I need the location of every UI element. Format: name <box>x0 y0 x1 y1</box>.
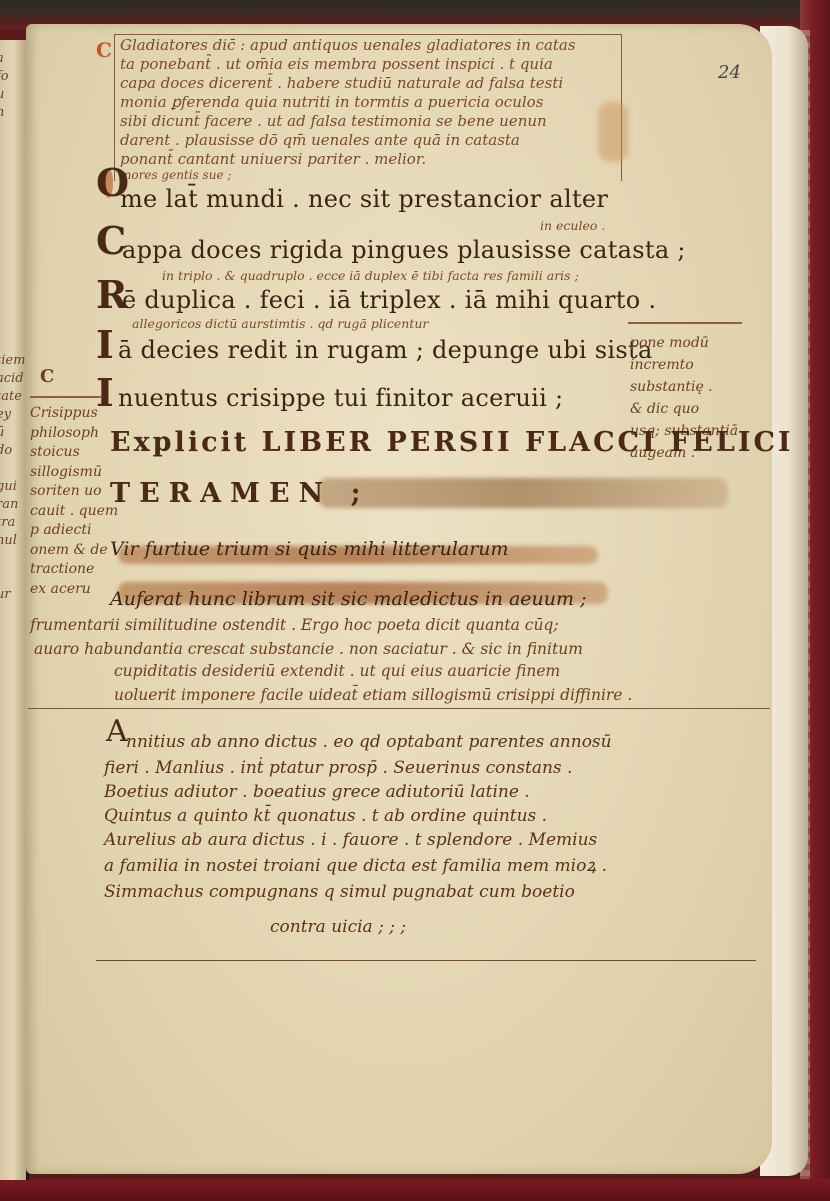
commentary-line: frumentarii similitudine ostendit . Ergo… <box>30 616 559 634</box>
interlinear-gloss: in eculeo . <box>540 218 605 233</box>
margin-rule <box>628 322 742 324</box>
curse-line: Auferat hunc librum sit sic maledictus i… <box>110 588 586 610</box>
margin-line: ex aceru <box>30 580 118 600</box>
margin-line: tractione <box>30 560 118 580</box>
prev-page-fragment: a <box>0 50 26 68</box>
margin-line: & dic quo <box>630 398 738 420</box>
prose-line: Simmachus compugnans q simul pugnabat cu… <box>104 880 575 904</box>
margin-line: soriten uo <box>30 482 118 502</box>
prose-closing: contra uicia ; ; ; <box>270 917 406 937</box>
verse-line: ā decies redit in rugam ; depunge ubi si… <box>118 336 653 364</box>
prose-line: fieri . Manlius . inṫ ptatur prosp̄ . Se… <box>104 756 572 780</box>
verse-line: nuentus crisippe tui finitor aceruii ; <box>118 384 563 412</box>
prev-page-fragment: tate <box>0 388 26 406</box>
commentary-line: cupiditatis desideriū extendit . ut qui … <box>114 662 560 680</box>
margin-rule <box>30 396 102 398</box>
curse-line: Vir furtiue trium si quis mihi litterula… <box>110 538 509 560</box>
gloss-line: capa doces dicerent̄ . habere studiū nat… <box>120 74 576 93</box>
prose-initial: A <box>106 714 128 749</box>
margin-line: sillogismū <box>30 463 118 483</box>
prev-page-fragment: ran <box>0 496 26 514</box>
prev-page-fragment: ey <box>0 406 26 424</box>
folio-number: 24 <box>718 62 741 83</box>
verse-line: ē duplica . feci . iā triplex . iā mihi … <box>122 286 656 314</box>
top-gloss: Gladiatores dic̄ : apud antiquos uenales… <box>120 36 576 181</box>
left-margin-gloss: Crisippus philosoph stoicus sillogismū s… <box>30 404 118 599</box>
gloss-marker: C <box>96 38 112 62</box>
margin-line: onem & de <box>30 541 118 561</box>
prev-page-fragment: acid <box>0 370 26 388</box>
gloss-line: mores gentis sue ; <box>120 169 576 181</box>
commentary-line: uoluerit imponere facile uideat̄ etiam s… <box>114 686 632 704</box>
gloss-line: ta ponebant̄ . ut om̄ia eis membra posse… <box>120 55 576 74</box>
margin-line: p adiecti <box>30 521 118 541</box>
verse-line: appa doces rigida pingues plausisse cata… <box>122 236 686 264</box>
prose-line: Aurelius ab aura dictus . i . fauore . t… <box>104 828 597 852</box>
gloss-line: Gladiatores dic̄ : apud antiquos uenales… <box>120 36 576 55</box>
prev-page-fragment: n <box>0 104 26 122</box>
prev-page-fragment: fo <box>0 68 26 86</box>
binding-bottom-edge <box>0 1179 830 1201</box>
prev-page-fragment: tiem <box>0 352 26 370</box>
prose-line: Boetius adiutor . boeatius grece adiutor… <box>104 780 530 804</box>
explicit-rubric: Explicit LIBER PERSII FLACCI FELICI <box>110 427 794 458</box>
prev-page-fragment: u <box>0 86 26 104</box>
gloss-line: ponant̄ cantant uniuersi pariter . melio… <box>120 150 576 169</box>
prev-page-fragment: gui <box>0 478 26 496</box>
interlinear-gloss: in triplo . & quadruplo . ecce iā duplex… <box>162 268 579 283</box>
margin-marker: C <box>40 366 54 387</box>
prev-page-fragment: ur <box>0 586 26 604</box>
previous-page-edge: a fo u n tiem acid tate ey ū do gui ran … <box>0 40 29 1180</box>
prose-line: a familia in nostei troiani que dicta es… <box>104 854 607 878</box>
margin-line: cauit . quem <box>30 502 118 522</box>
margin-line: incremto <box>630 354 738 376</box>
gloss-line: sibi dicunt̄ facere . ut ad falsa testim… <box>120 112 576 131</box>
margin-line: substantię . <box>630 376 738 398</box>
margin-line: stoicus <box>30 443 118 463</box>
section-rule <box>28 708 770 709</box>
gloss-line: monia ꝑferenda quia nutriti in tormtis a… <box>120 93 576 112</box>
commentary-line: auaro habundantia crescat substancie . n… <box>34 640 583 658</box>
prev-page-fragment: do <box>0 442 26 460</box>
prev-page-fragment: tra <box>0 514 26 532</box>
verse-initial: I <box>96 322 114 367</box>
interlinear-gloss: allegoricos dictū aurstimtis . qd rugā p… <box>132 316 428 331</box>
verse-line: me lat̄ mundi . nec sit prestancior alte… <box>120 185 608 213</box>
closing-rule <box>96 960 756 961</box>
erased-inscription <box>318 478 728 508</box>
margin-line: pone modū <box>630 332 738 354</box>
incipit-rubric: TERAMEN ; <box>110 478 370 509</box>
prev-page-fragment: nul <box>0 532 26 550</box>
prose-line: nnitius ab anno dictus . eo qd optabant … <box>126 730 612 754</box>
margin-line: Crisippus <box>30 404 118 424</box>
margin-line: philosoph <box>30 424 118 444</box>
gloss-line: darent . plausisse dō qm̄ uenales ante q… <box>120 131 576 150</box>
prose-line: Quintus a quinto kt̄ quonatus . t ab ord… <box>104 804 547 828</box>
stain <box>598 102 628 162</box>
prev-page-fragment: ū <box>0 424 26 442</box>
